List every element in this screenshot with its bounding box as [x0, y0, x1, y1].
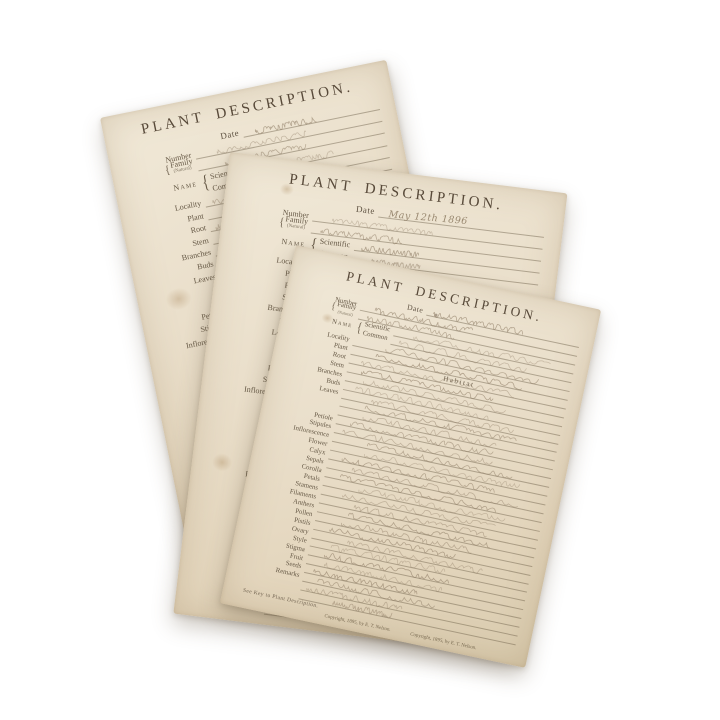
form-rows: Number{Family(Natural)Name{ScientificCom… [234, 288, 593, 648]
family-label-wrap: Family(Natural) [284, 215, 308, 232]
brace: { [278, 216, 284, 228]
photo-plant-description-forms: PLANT DESCRIPTION. Date Number{Family(Na… [0, 0, 720, 720]
